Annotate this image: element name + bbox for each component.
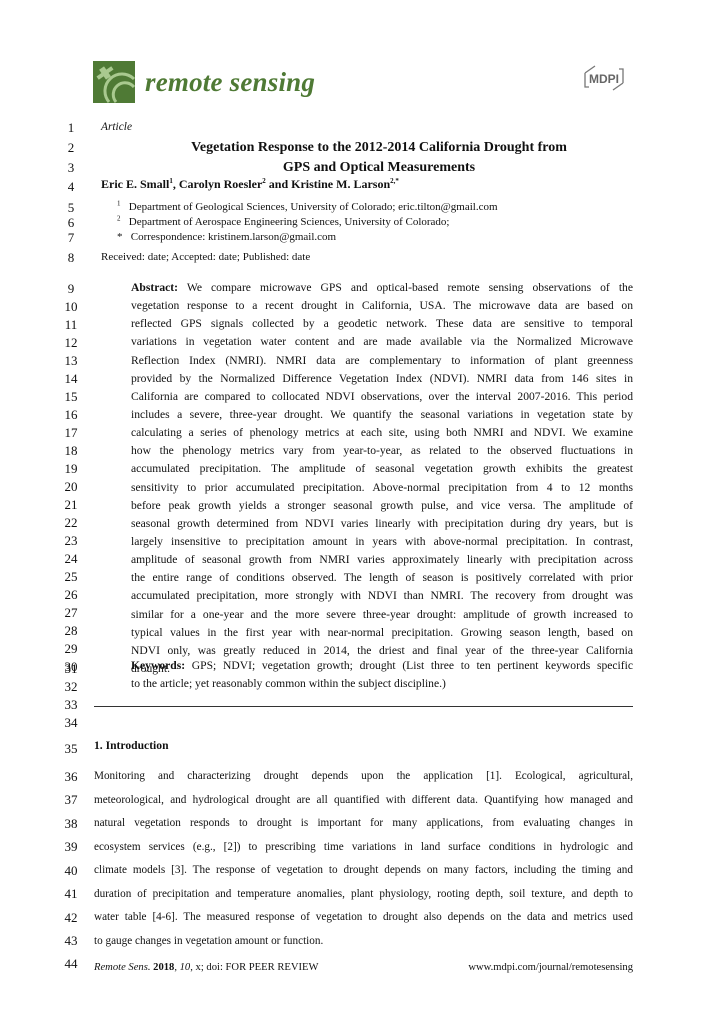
abstract-line: sensitivity to prior accumulated precipi… [131, 479, 633, 497]
line-number: 16 [58, 407, 84, 422]
introduction-body: Monitoring and characterizing drought de… [94, 765, 633, 953]
line-number: 33 [58, 697, 84, 712]
line-number: 3 [58, 160, 84, 175]
keywords-line: Keywords: GPS; NDVI; vegetation growth; … [131, 657, 633, 675]
abstract-line: reflected GPS signals collected by a geo… [131, 315, 633, 333]
line-number: 41 [58, 886, 84, 901]
line-number: 12 [58, 335, 84, 350]
line-number: 40 [58, 863, 84, 878]
line-number: 27 [58, 605, 84, 620]
line-number: 35 [58, 741, 84, 756]
line-number: 34 [58, 715, 84, 730]
line-number: 1 [58, 120, 84, 135]
keywords: Keywords: GPS; NDVI; vegetation growth; … [131, 657, 633, 693]
line-number: 25 [58, 569, 84, 584]
line-number: 4 [58, 179, 84, 194]
line-number: 39 [58, 839, 84, 854]
intro-line: natural vegetation responds to drought i… [94, 812, 633, 836]
line-number: 17 [58, 425, 84, 440]
abstract-line: seasonal growth determined from NDVI var… [131, 515, 633, 533]
correspondence: * Correspondence: kristinem.larson@gmail… [117, 230, 336, 245]
author-name: Kristine M. Larson [291, 177, 390, 191]
abstract-line: provided by the Normalized Difference Ve… [131, 370, 633, 388]
line-number: 11 [58, 317, 84, 332]
line-number: 36 [58, 769, 84, 784]
line-number: 14 [58, 371, 84, 386]
intro-line: duration of precipitation and temperatur… [94, 883, 633, 907]
abstract-line: vegetation response to a recent drought … [131, 297, 633, 315]
abstract-line: calculating a series of phenology metric… [131, 424, 633, 442]
abstract-line: how the phenology metrics vary from year… [131, 442, 633, 460]
abstract-line: includes a severe, three-year drought. W… [131, 406, 633, 424]
line-number: 5 [58, 200, 84, 215]
section-heading: 1. Introduction [94, 738, 169, 753]
footer-url[interactable]: www.mdpi.com/journal/remotesensing [468, 962, 633, 973]
intro-line: ecosystem services (e.g., [2]) to prescr… [94, 836, 633, 860]
article-type: Article [101, 120, 132, 135]
affiliation: 2 Department of Aerospace Engineering Sc… [117, 215, 450, 230]
journal-name: remote sensing [145, 67, 315, 98]
intro-line: climate models [3]. The response of vege… [94, 859, 633, 883]
line-number: 23 [58, 533, 84, 548]
abstract-line: similar for a one-year and the more seve… [131, 606, 633, 624]
journal-logo: remote sensing [93, 61, 315, 103]
line-number: 44 [58, 956, 84, 971]
abstract-line: amplitude of seasonal growth from NMRI v… [131, 551, 633, 569]
affiliation: 1 Department of Geological Sciences, Uni… [117, 200, 498, 215]
intro-line: Monitoring and characterizing drought de… [94, 765, 633, 789]
line-number: 9 [58, 281, 84, 296]
abstract-line: typical values in the first year with ne… [131, 624, 633, 642]
line-number: 31 [58, 661, 84, 676]
line-number: 13 [58, 353, 84, 368]
line-number: 19 [58, 461, 84, 476]
line-number: 21 [58, 497, 84, 512]
abstract: Abstract: We compare microwave GPS and o… [131, 279, 633, 678]
line-number: 32 [58, 679, 84, 694]
mdpi-logo: MDPI [581, 63, 627, 93]
line-number: 28 [58, 623, 84, 638]
abstract-line: accumulated precipitation, more strongly… [131, 587, 633, 605]
line-number: 26 [58, 587, 84, 602]
abstract-line: accumulated precipitation. The amplitude… [131, 460, 633, 478]
author-name: Carolyn Roesler [179, 177, 262, 191]
line-number: 42 [58, 910, 84, 925]
authors: Eric E. Small1, Carolyn Roesler2 and Kri… [101, 177, 399, 192]
line-number: 24 [58, 551, 84, 566]
publication-dates: Received: date; Accepted: date; Publishe… [101, 250, 310, 265]
abstract-line: largely insensitive to precipitation amo… [131, 533, 633, 551]
line-number: 22 [58, 515, 84, 530]
abstract-line: variations in vegetation water content a… [131, 333, 633, 351]
title-line: GPS and Optical Measurements [94, 158, 664, 178]
abstract-line: the entire range of conditions observed.… [131, 569, 633, 587]
intro-line: meteorological, and hydrological drought… [94, 789, 633, 813]
title-line: Vegetation Response to the 2012-2014 Cal… [94, 138, 664, 158]
keywords-line: to the article; yet reasonably common wi… [131, 675, 633, 693]
line-number: 18 [58, 443, 84, 458]
line-number: 10 [58, 299, 84, 314]
paper-title: Vegetation Response to the 2012-2014 Cal… [94, 138, 664, 178]
line-number: 38 [58, 816, 84, 831]
line-number: 29 [58, 641, 84, 656]
satellite-globe-icon [93, 61, 135, 103]
abstract-line: Abstract: We compare microwave GPS and o… [131, 279, 633, 297]
line-number: 43 [58, 933, 84, 948]
line-number: 7 [58, 230, 84, 245]
footer-citation: Remote Sens. 2018, 10, x; doi: FOR PEER … [94, 962, 319, 973]
line-number: 2 [58, 140, 84, 155]
abstract-line: before peak growth yields a stronger sea… [131, 497, 633, 515]
svg-text:MDPI: MDPI [589, 72, 619, 86]
abstract-line: Reflection Index (NMRI). NMRI data are c… [131, 352, 633, 370]
line-number: 8 [58, 250, 84, 265]
line-number: 6 [58, 215, 84, 230]
intro-line: water table [4-6]. The measured response… [94, 906, 633, 930]
line-number: 20 [58, 479, 84, 494]
abstract-line: California are compared to collocated ND… [131, 388, 633, 406]
line-number: 15 [58, 389, 84, 404]
author-name: Eric E. Small [101, 177, 169, 191]
intro-line: to gauge changes in vegetation amount or… [94, 930, 633, 954]
section-divider [94, 706, 633, 707]
line-number: 37 [58, 792, 84, 807]
